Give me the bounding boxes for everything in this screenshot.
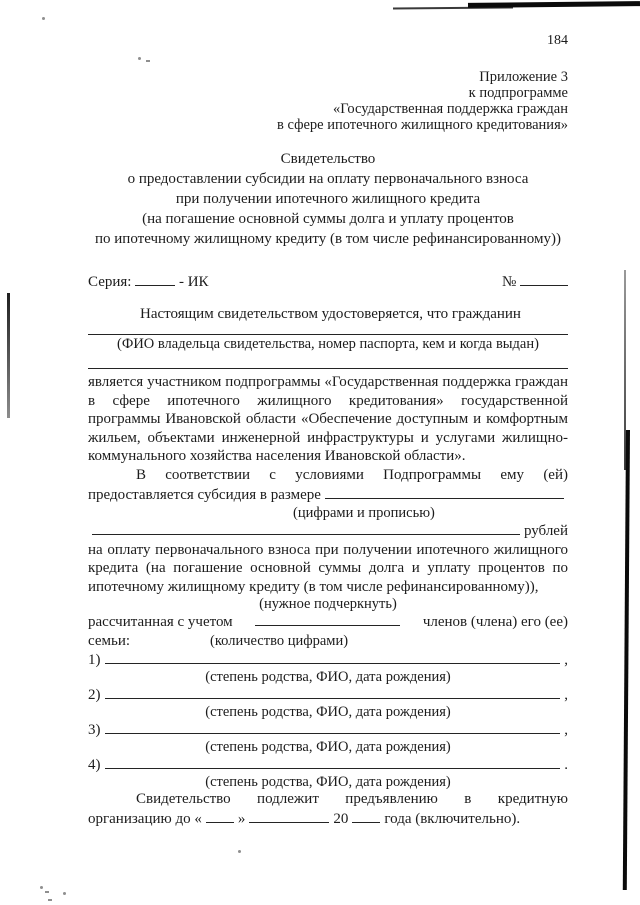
count-caption: (количество цифрами) (210, 633, 348, 650)
validity-line-1: Свидетельство подлежит предъявлению в кр… (88, 790, 568, 809)
series-suffix: - ИК (179, 274, 209, 290)
member-tail: , (564, 651, 568, 669)
intro-line: Настоящим свидетельством удостоверяется,… (88, 305, 568, 324)
scan-speck (42, 17, 45, 20)
validity-tail: года (включительно). (384, 811, 520, 827)
subsidy-line-1: В соответствии с условиями Подпрограммы … (88, 466, 568, 485)
number-group: № (502, 272, 568, 292)
member-caption: (степень родства, ФИО, дата рождения) (88, 704, 568, 720)
scan-streak-left (7, 293, 10, 418)
member-number: 2) (88, 686, 101, 704)
amount-blank-field (325, 485, 564, 499)
page-number: 184 (88, 0, 568, 48)
calc-suffix: членов (члена) его (ее) (423, 613, 568, 632)
member-caption: (степень родства, ФИО, дата рождения) (88, 774, 568, 790)
appendix-line: в сфере ипотечного жилищного кредитовани… (88, 117, 568, 133)
appendix-line: Приложение 3 (88, 69, 568, 85)
scan-speck (45, 891, 49, 893)
document-title: Свидетельство о предоставлении субсидии … (88, 149, 568, 249)
scan-streak-right-lower (623, 430, 630, 890)
family-label: семьи: (88, 632, 130, 650)
calc-prefix: рассчитанная с учетом (88, 613, 233, 632)
scan-speck (40, 886, 43, 889)
extra-blank-field (88, 368, 568, 369)
month-blank-field (249, 809, 329, 823)
member-blank-field (105, 755, 561, 769)
scanned-document-page: 184 Приложение 3 к подпрограмме «Государ… (0, 0, 640, 905)
appendix-block: Приложение 3 к подпрограмме «Государстве… (88, 69, 568, 133)
validity-line-2: организацию до «»20года (включительно). (88, 809, 568, 829)
title-line: о предоставлении субсидии на оплату перв… (88, 169, 568, 189)
underline-note: (нужное подчеркнуть) (88, 596, 568, 612)
subsidy-amount-row: предоставляется субсидия в размере (88, 485, 568, 505)
amount-words-blank-field (92, 521, 520, 535)
member-tail: , (564, 686, 568, 704)
document-content: 184 Приложение 3 к подпрограмме «Государ… (88, 0, 568, 829)
subsidy-amount-prefix: предоставляется субсидия в размере (88, 486, 321, 505)
member-tail: , (564, 721, 568, 739)
family-label-row: семьи: (количество цифрами) (88, 632, 568, 650)
number-blank-field (520, 272, 568, 286)
appendix-line: к подпрограмме (88, 85, 568, 101)
day-blank-field (206, 809, 234, 823)
rubles-row: рублей (88, 521, 568, 541)
member-number: 3) (88, 721, 101, 739)
member-caption: (степень родства, ФИО, дата рождения) (88, 669, 568, 685)
member-row: 1) , (88, 650, 568, 669)
validity-prefix: организацию до « (88, 811, 202, 827)
member-caption: (степень родства, ФИО, дата рождения) (88, 739, 568, 755)
participant-paragraph: является участником подпрограммы «Госуда… (88, 373, 568, 466)
title-line: (на погашение основной суммы долга и упл… (88, 209, 568, 229)
series-blank-field (135, 272, 175, 286)
currency-word: рублей (524, 522, 568, 541)
family-count-row: рассчитанная с учетом членов (члена) его… (88, 612, 568, 632)
scan-speck (238, 850, 241, 853)
scan-speck (63, 892, 66, 895)
number-label: № (502, 274, 516, 290)
appendix-line: «Государственная поддержка граждан (88, 101, 568, 117)
member-row: 3) , (88, 720, 568, 739)
title-line: по ипотечному жилищному кредиту (в том ч… (88, 229, 568, 249)
member-blank-field (105, 720, 561, 734)
member-blank-field (105, 650, 561, 664)
validity-after-day: » (238, 811, 246, 827)
member-blank-field (105, 685, 561, 699)
scan-speck (48, 899, 52, 901)
series-label: Серия: (88, 274, 131, 290)
member-row: 2) , (88, 685, 568, 704)
amount-caption: (цифрами и прописью) (293, 505, 568, 521)
purpose-paragraph: на оплату первоначального взноса при пол… (88, 541, 568, 597)
title-line: при получении ипотечного жилищного креди… (88, 189, 568, 209)
fio-caption: (ФИО владельца свидетельства, номер пасп… (88, 336, 568, 353)
year-blank-field (352, 809, 380, 823)
family-count-blank-field (255, 612, 400, 626)
fio-blank-field (88, 334, 568, 335)
member-row: 4) . (88, 755, 568, 774)
title-line: Свидетельство (88, 149, 568, 169)
validity-year-prefix: 20 (333, 811, 348, 827)
member-tail: . (564, 756, 568, 774)
series-row: Серия: - ИК № (88, 272, 568, 292)
member-number: 4) (88, 756, 101, 774)
member-number: 1) (88, 651, 101, 669)
series-group: Серия: - ИК (88, 272, 209, 292)
